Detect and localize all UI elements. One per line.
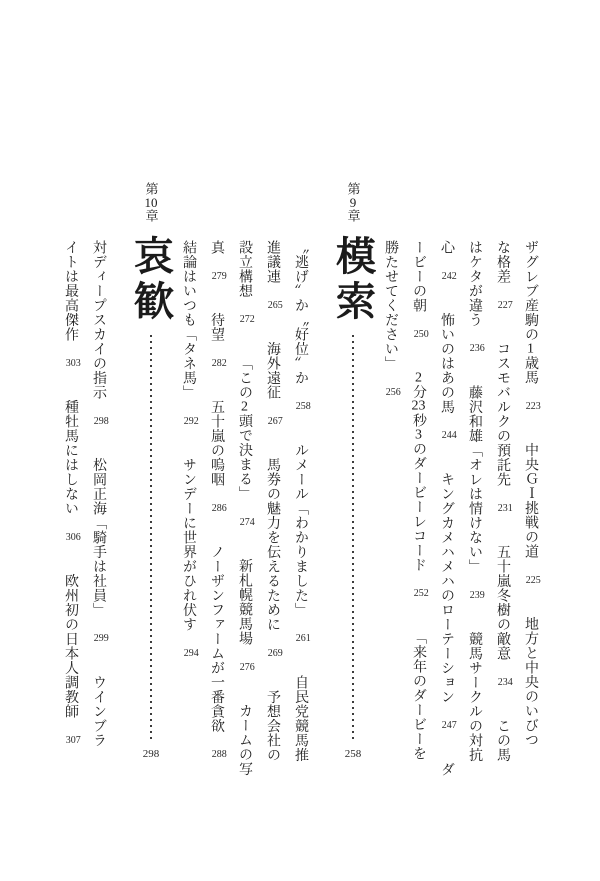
chapter-label-text: 第 xyxy=(144,182,159,196)
page-number: 244 xyxy=(442,422,457,450)
entry-text: 予想会社の xyxy=(265,690,280,763)
entry-text: 頭で決まる」 xyxy=(237,414,252,501)
page-number: 267 xyxy=(268,408,283,436)
page-number: 279 xyxy=(212,263,227,291)
page-number: 269 xyxy=(268,640,283,668)
chapter-title: 哀歓 xyxy=(123,235,180,325)
page-number: 231 xyxy=(498,495,513,523)
entry-text: 進議連 xyxy=(265,240,280,284)
page-number: 227 xyxy=(498,292,513,320)
chapter-label-text: 章 xyxy=(144,209,159,223)
inline-number: 1 xyxy=(523,342,538,356)
chapter-page-number: 258 xyxy=(345,748,362,760)
page-number: 252 xyxy=(414,580,429,608)
page-number: 265 xyxy=(268,292,283,320)
inline-number: 3 xyxy=(411,428,426,442)
entry-text: ウインブラ xyxy=(91,675,106,748)
entry-text: 「この xyxy=(237,356,252,400)
inline-number: 2 xyxy=(237,400,252,414)
toc-line: な格差227コスモバルクの預託先231五十嵐冬樹の敵意234この馬 xyxy=(488,182,516,760)
toc-line: ービーの朝2502分23秒3のダービーレコード252「来年のダービーを xyxy=(404,182,432,760)
page-number: 282 xyxy=(212,350,227,378)
chapter-dotted-leader xyxy=(352,335,354,740)
entry-text: 馬券の魅力を伝えるために xyxy=(265,458,280,632)
entry-text: ルメール「わかりました」 xyxy=(293,443,308,617)
entry-text: 怖いのはあの馬 xyxy=(439,313,454,415)
toc-vertical-flow: ザグレブ産駒の1歳馬223中央ＧＩ挑戦の道225地方と中央のいびつな格差227コ… xyxy=(0,182,600,760)
toc-line: はケタが違う236藤沢和雄「オレは情けない」239競馬サークルの対抗 xyxy=(460,182,488,760)
page-number: 256 xyxy=(386,379,401,407)
entry-text: この馬 xyxy=(495,719,510,763)
chapter-label: 第10章 xyxy=(142,182,161,223)
entry-text: 新札幌競馬場 xyxy=(237,559,252,646)
entry-text: カームの写 xyxy=(237,704,252,777)
chapter-page-number: 298 xyxy=(143,748,160,760)
entry-text: 中央ＧＩ挑戦の道 xyxy=(523,443,538,559)
entry-text: 競馬サークルの対抗 xyxy=(467,632,482,763)
entry-text: 松岡正海「騎手は社員」 xyxy=(91,458,106,618)
page-number: 261 xyxy=(296,625,311,653)
entry-text: 分 xyxy=(411,385,426,400)
entry-text: 勝たせてください」 xyxy=(383,240,398,371)
page-number: 299 xyxy=(94,625,109,653)
entry-text: 五十嵐冬樹の敵意 xyxy=(495,545,510,661)
chapter-block-chapter-10: 第10章哀歓298 xyxy=(128,182,174,760)
entry-text: 真 xyxy=(209,240,224,255)
book-toc-page: ザグレブ産駒の1歳馬223中央ＧＩ挑戦の道225地方と中央のいびつな格差227コ… xyxy=(0,0,600,881)
page-number: 292 xyxy=(184,408,199,436)
entry-text: 地方と中央のいびつ xyxy=(523,617,538,748)
entry-text: 藤沢和雄「オレは情けない」 xyxy=(467,385,482,574)
toc-line: 進議連265海外遠征267馬券の魅力を伝えるために269予想会社の xyxy=(258,182,286,760)
entry-text: ービーの朝 xyxy=(411,240,426,313)
chapter10-entries: 対ディープスカイの指示298松岡正海「騎手は社員」299ウインブライトは最高傑作… xyxy=(56,182,112,760)
chapter-title: 模索 xyxy=(325,235,382,325)
entry-text: キングカメハメハのローテーション xyxy=(439,472,454,704)
entry-text: ノーザンファームが一番貪欲 xyxy=(209,545,224,734)
page-number: 307 xyxy=(66,727,81,755)
entry-text: 五十嵐の嗚咽 xyxy=(209,400,224,487)
chapter8-continuation-entries: ザグレブ産駒の1歳馬223中央ＧＩ挑戦の道225地方と中央のいびつな格差227コ… xyxy=(376,182,544,760)
page-number: 250 xyxy=(414,321,429,349)
toc-line: 心242怖いのはあの馬244キングカメハメハのローテーション247ダ xyxy=(432,182,460,760)
page-number: 298 xyxy=(94,408,109,436)
entry-text: ダ xyxy=(439,762,454,777)
entry-text: コスモバルクの預託先 xyxy=(495,342,510,487)
page-number: 258 xyxy=(296,393,311,421)
chapter-label: 第9章 xyxy=(344,182,363,223)
entry-text: 〝逃げ〟か〝好位〟か xyxy=(293,240,308,385)
entry-text: 待望 xyxy=(209,313,224,342)
entry-text: 対ディープスカイの指示 xyxy=(91,240,106,400)
page-number: 274 xyxy=(240,509,255,537)
page-number: 247 xyxy=(442,712,457,740)
chapter-number: 10 xyxy=(144,196,159,209)
toc-line: イトは最高傑作303種牡馬にはしない306欧州初の日本人調教師307 xyxy=(56,182,84,760)
entry-text: 心 xyxy=(439,240,454,255)
entry-text: はケタが違う xyxy=(467,240,482,327)
page-number: 225 xyxy=(526,567,541,595)
chapter9-entries: 〝逃げ〟か〝好位〟か258ルメール「わかりました」261自民党競馬推進議連265… xyxy=(174,182,314,760)
entry-text: ザグレブ産駒の xyxy=(523,240,538,342)
entry-text: な格差 xyxy=(495,240,510,284)
page-number: 276 xyxy=(240,654,255,682)
entry-text: 「来年のダービーを xyxy=(411,630,426,761)
entry-text: 自民党競馬推 xyxy=(293,675,308,762)
page-number: 303 xyxy=(66,350,81,378)
entry-text: 種牡馬にはしない xyxy=(63,400,78,516)
chapter-number: 9 xyxy=(346,196,361,209)
chapter-dotted-leader xyxy=(150,335,152,740)
chapter-label-text: 第 xyxy=(346,182,361,196)
inline-number: 23 xyxy=(411,399,426,413)
entry-text: 設立構想 xyxy=(237,240,252,298)
chapter-label-text: 章 xyxy=(346,209,361,223)
page-number: 306 xyxy=(66,524,81,552)
entry-text: 海外遠征 xyxy=(265,342,280,400)
page-number: 286 xyxy=(212,495,227,523)
inline-number: 2 xyxy=(411,371,426,385)
entry-text: イトは最高傑作 xyxy=(63,240,78,342)
entry-text: 歳馬 xyxy=(523,356,538,385)
entry-text: のダービーレコード xyxy=(411,442,426,573)
entry-text: 秒 xyxy=(411,413,426,428)
chapter-block-chapter-9: 第9章模索258 xyxy=(330,182,376,760)
toc-line: 〝逃げ〟か〝好位〟か258ルメール「わかりました」261自民党競馬推 xyxy=(286,182,314,760)
entry-text: 欧州初の日本人調教師 xyxy=(63,574,78,719)
page-number: 272 xyxy=(240,306,255,334)
toc-line: 真279待望282五十嵐の嗚咽286ノーザンファームが一番貪欲288 xyxy=(202,182,230,760)
toc-line: 対ディープスカイの指示298松岡正海「騎手は社員」299ウインブラ xyxy=(84,182,112,760)
page-number: 236 xyxy=(470,335,485,363)
toc-line: ザグレブ産駒の1歳馬223中央ＧＩ挑戦の道225地方と中央のいびつ xyxy=(516,182,544,760)
page-number: 239 xyxy=(470,582,485,610)
page-number: 242 xyxy=(442,263,457,291)
entry-text: 結論はいつも「タネ馬」 xyxy=(181,240,196,400)
page-number: 294 xyxy=(184,640,199,668)
page-number: 223 xyxy=(526,393,541,421)
entry-text: サンデーに世界がひれ伏す xyxy=(181,458,196,632)
toc-line: 設立構想272「この2頭で決まる」274新札幌競馬場276カームの写 xyxy=(230,182,258,760)
page-number: 234 xyxy=(498,669,513,697)
page-number: 288 xyxy=(212,741,227,769)
